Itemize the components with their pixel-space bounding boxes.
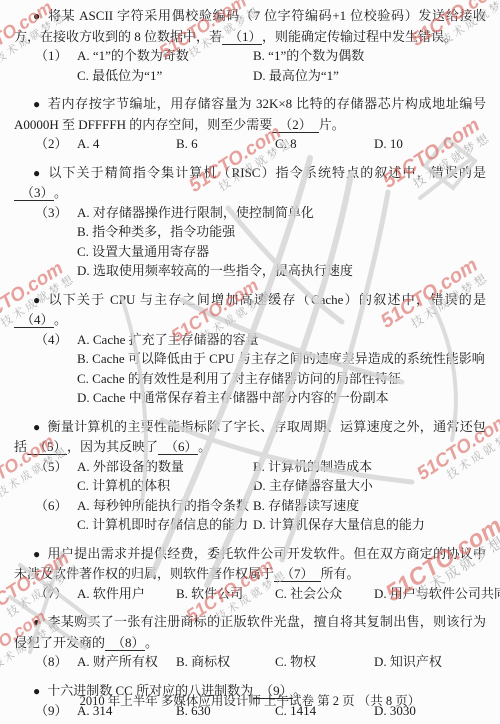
option: C. 计算机的体积 xyxy=(77,476,253,496)
option: C. 计算机即时存储信息的能力 xyxy=(77,515,253,535)
question-8: ●李某购买了一张有注册商标的正版软件光盘，擅自将其复制出售，则该行为侵犯了开发商… xyxy=(14,612,486,672)
option: D. 知识产权 xyxy=(374,652,486,672)
option: A. 对存储器操作进行限制，使控制简单化 xyxy=(77,203,486,223)
option: B. 软件公司 xyxy=(176,584,275,604)
option-group-label: （8） xyxy=(35,652,77,672)
option: A. Cache 扩充了主存储器的容量 xyxy=(77,330,486,350)
question-3-stem: ●以下关于精简指令集计算机（RISC）指令系统特点的叙述中，错误的是（3）。 xyxy=(14,163,486,203)
question-7-stem: ●用户提出需求并提供经费，委托软件公司开发软件。但在双方商定的协议中未涉及软件著… xyxy=(14,544,486,584)
option-group-label: （4） xyxy=(35,330,77,350)
option-group-label: （1） xyxy=(35,46,77,66)
question-5-options: （5）A. 外部设备的数量B. 计算机的制造成本 C. 计算机的体积D. 主存储… xyxy=(14,457,486,496)
option-group-label: （3） xyxy=(35,203,77,223)
question-1: ●将某 ASCII 字符采用偶校验编码（7 位字符编码+1 位校验码）发送给接收… xyxy=(14,6,486,85)
question-4-options: （4）A. Cache 扩充了主存储器的容量 B. Cache 可以降低由于 C… xyxy=(14,330,486,408)
blank-4: （4） xyxy=(14,312,54,328)
bullet-icon: ● xyxy=(33,9,41,23)
blank-3: （3） xyxy=(14,185,54,201)
bullet-icon: ● xyxy=(33,547,41,561)
stem-text: 若内存按字节编址，用存储容量为 32K×8 比特的存储器芯片构成地址编号 A00… xyxy=(14,96,486,132)
blank-7: （7） xyxy=(274,566,321,582)
bullet-icon: ● xyxy=(33,293,42,307)
option: B. Cache 可以降低由于 CPU 与主存之间的速度差异造成的系统性能影响 xyxy=(77,349,486,369)
option: B. 计算机的制造成本 xyxy=(253,457,486,477)
option: B. “1”的个数为偶数 xyxy=(253,46,486,66)
blank-5: （5） xyxy=(27,439,67,455)
option: D. 最高位为“1” xyxy=(253,66,486,86)
stem-text: ，则能确定传输过程中发生错误。 xyxy=(262,29,457,44)
question-3: ●以下关于精简指令集计算机（RISC）指令系统特点的叙述中，错误的是（3）。 （… xyxy=(14,163,486,281)
option: D. 10 xyxy=(374,134,486,154)
option: C. 社会公众 xyxy=(275,584,374,604)
question-2-stem: ●若内存按字节编址，用存储容量为 32K×8 比特的存储器芯片构成地址编号 A0… xyxy=(14,94,486,134)
option: C. 最低位为“1” xyxy=(77,66,253,86)
stem-text: ，因为其反映了 xyxy=(67,439,158,454)
stem-text: 所有。 xyxy=(321,566,360,581)
stem-text: 以下关于精简指令集计算机（RISC）指令系统特点的叙述中，错误的是 xyxy=(48,165,486,180)
option-group-label: （2） xyxy=(35,134,77,154)
stem-text: 以下关于 CPU 与主存之间增加高速缓存（Cache）的叙述中，错误的是 xyxy=(49,292,486,307)
bullet-icon: ● xyxy=(33,97,41,111)
option: C. 设置大量通用寄存器 xyxy=(77,242,486,262)
question-1-stem: ●将某 ASCII 字符采用偶校验编码（7 位字符编码+1 位校验码）发送给接收… xyxy=(14,6,486,46)
option-group-label: （7） xyxy=(35,584,77,604)
question-4-stem: ●以下关于 CPU 与主存之间增加高速缓存（Cache）的叙述中，错误的是（4）… xyxy=(14,290,486,330)
option: B. 存储器读写速度 xyxy=(253,496,486,516)
option-group-label: （6） xyxy=(35,496,77,516)
page-footer: 2010 年上半年 多媒体应用设计师 上午试卷 第 2 页 （共 8 页） xyxy=(0,692,500,712)
option: C. Cache 的有效性是利用了对主存储器访问的局部性特征 xyxy=(77,369,486,389)
option: D. 计算机保存大量信息的能力 xyxy=(253,515,486,535)
option: C. 8 xyxy=(275,134,374,154)
question-5-6-stem: ●衡量计算机的主要性能指标除了字长、存取周期、运算速度之外，通常还包括（5），因… xyxy=(14,417,486,457)
option: A. “1”的个数为奇数 xyxy=(77,46,253,66)
question-7-options: （7）A. 软件用户B. 软件公司C. 社会公众D. 用户与软件公司共同 xyxy=(14,584,486,604)
option: D. 主存储器容量大小 xyxy=(253,476,486,496)
question-7: ●用户提出需求并提供经费，委托软件公司开发软件。但在双方商定的协议中未涉及软件著… xyxy=(14,544,486,604)
stem-text: 。 xyxy=(198,439,211,454)
question-2-options: （2）A. 4B. 6C. 8D. 10 xyxy=(14,134,486,154)
stem-text: 片。 xyxy=(319,117,345,132)
question-1-options: （1）A. “1”的个数为奇数B. “1”的个数为偶数 C. 最低位为“1”D.… xyxy=(14,46,486,85)
blank-6: （6） xyxy=(158,439,198,455)
bullet-icon: ● xyxy=(33,166,41,180)
option: A. 4 xyxy=(77,134,176,154)
stem-text: 。 xyxy=(54,185,67,200)
exam-page: { "page": { "bullet": "●", "footer": "20… xyxy=(0,0,500,724)
option: D. 用户与软件公司共同 xyxy=(374,584,500,604)
option: B. 6 xyxy=(176,134,275,154)
question-6-options: （6）A. 每秒钟所能执行的指令条数B. 存储器读写速度 C. 计算机即时存储信… xyxy=(14,496,486,535)
option: D. Cache 中通常保存着主存储器中部分内容的一份副本 xyxy=(77,388,486,408)
option-group-label: （5） xyxy=(35,457,77,477)
question-3-options: （3）A. 对存储器操作进行限制，使控制简单化 B. 指令种类多，指令功能强 C… xyxy=(14,203,486,281)
blank-1: （1） xyxy=(222,29,262,45)
question-2: ●若内存按字节编址，用存储容量为 32K×8 比特的存储器芯片构成地址编号 A0… xyxy=(14,94,486,154)
blank-2: （2） xyxy=(272,117,319,133)
stem-text: 。 xyxy=(145,635,158,650)
bullet-icon: ● xyxy=(33,615,41,629)
stem-text: 李某购买了一张有注册商标的正版软件光盘，擅自将其复制出售，则该行为侵犯了开发商的 xyxy=(14,614,486,650)
option: A. 外部设备的数量 xyxy=(77,457,253,477)
option: B. 商标权 xyxy=(176,652,275,672)
option: D. 选取使用频率较高的一些指令，提高执行速度 xyxy=(77,261,486,281)
stem-text: 用户提出需求并提供经费，委托软件公司开发软件。但在双方商定的协议中未涉及软件著作… xyxy=(14,546,486,582)
question-8-stem: ●李某购买了一张有注册商标的正版软件光盘，擅自将其复制出售，则该行为侵犯了开发商… xyxy=(14,612,486,652)
blank-8: （8） xyxy=(105,635,145,651)
option: A. 财产所有权 xyxy=(77,652,176,672)
option: B. 指令种类多，指令功能强 xyxy=(77,222,486,242)
question-8-options: （8）A. 财产所有权B. 商标权C. 物权D. 知识产权 xyxy=(14,652,486,672)
option: A. 软件用户 xyxy=(77,584,176,604)
question-4: ●以下关于 CPU 与主存之间增加高速缓存（Cache）的叙述中，错误的是（4）… xyxy=(14,290,486,408)
bullet-icon: ● xyxy=(33,420,41,434)
option: A. 每秒钟所能执行的指令条数 xyxy=(77,496,253,516)
document-body: ●将某 ASCII 字符采用偶校验编码（7 位字符编码+1 位校验码）发送给接收… xyxy=(0,0,500,724)
question-5-6: ●衡量计算机的主要性能指标除了字长、存取周期、运算速度之外，通常还包括（5），因… xyxy=(14,417,486,535)
option: C. 物权 xyxy=(275,652,374,672)
stem-text: 。 xyxy=(54,312,67,327)
